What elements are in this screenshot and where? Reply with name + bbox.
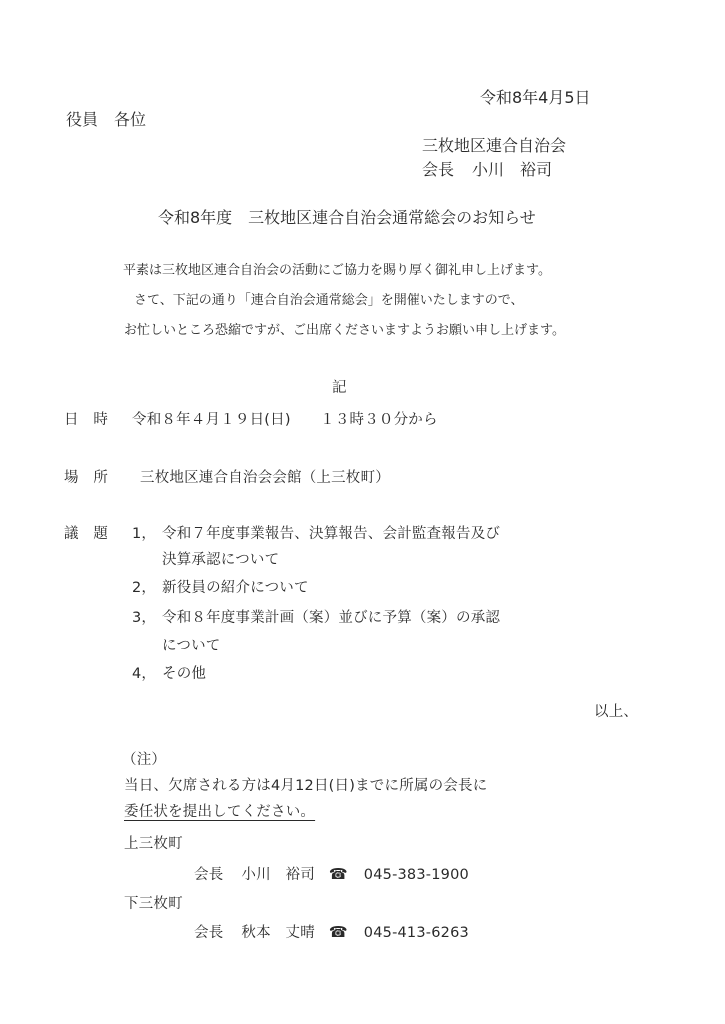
contact-1-area: 上三枚町 [124, 834, 183, 854]
note-line-2-underlined: 委任状を提出してください。 [124, 802, 315, 822]
contact-2-area: 下三枚町 [124, 894, 183, 914]
intro-line-3: お忙しいところ恐縮ですが、ご出席くださいますようお願い申し上げます。 [124, 322, 565, 340]
sender-organization: 三枚地区連合自治会 [422, 136, 566, 156]
contact-2-row: 会長秋本 丈晴☎045-413-6263 [194, 922, 469, 943]
agenda-label: 議 題 [64, 524, 108, 544]
contact-1-phone: 045-383-1900 [364, 867, 469, 883]
contact-2-title: 会長 [194, 925, 223, 941]
contact-1-row: 会長小川 裕司☎045-383-1900 [194, 864, 469, 885]
telephone-icon: ☎ [329, 864, 348, 884]
intro-line-1: 平素は三枚地区連合自治会の活動にご協力を賜り厚く御礼申し上げます。 [123, 262, 551, 280]
datetime-value: 令和８年４月１９日(日) １３時３０分から [132, 410, 438, 430]
contact-1-name: 小川 裕司 [241, 867, 315, 883]
contact-2-phone: 045-413-6263 [364, 925, 469, 941]
agenda-item-2-number: 2， [132, 578, 156, 598]
agenda-item-1-number: 1， [132, 524, 156, 544]
recipient: 役員 各位 [66, 110, 146, 130]
note-label: （注） [122, 750, 166, 770]
place-value: 三枚地区連合自治会会館（上三枚町） [140, 468, 390, 488]
agenda-item-4-line-1: その他 [162, 664, 206, 684]
document-title: 令和8年度 三枚地区連合自治会通常総会のお知らせ [158, 208, 536, 228]
agenda-item-1-line-1: 令和７年度事業報告、決算報告、会計監査報告及び [162, 524, 500, 544]
ki-heading: 記 [332, 378, 347, 398]
place-label: 場 所 [64, 468, 108, 488]
telephone-icon: ☎ [329, 922, 348, 942]
document-date: 令和8年4月5日 [480, 88, 591, 108]
agenda-item-1-line-2: 決算承認について [162, 550, 279, 570]
intro-line-2: さて、下記の通り「連合自治会通常総会」を開催いたしますので、 [134, 292, 523, 310]
contact-2-name: 秋本 丈晴 [241, 925, 315, 941]
contact-1-title: 会長 [194, 867, 223, 883]
sender-title: 会長 [422, 160, 454, 179]
agenda-item-4-number: 4， [132, 664, 156, 684]
agenda-item-3-number: 3， [132, 608, 156, 628]
sender-signature: 会長小川 裕司 [422, 160, 552, 180]
closing-text: 以上、 [594, 702, 638, 722]
datetime-label: 日 時 [64, 410, 108, 430]
agenda-item-3-line-2: について [162, 636, 221, 656]
sender-name: 小川 裕司 [472, 160, 552, 179]
note-line-1: 当日、欠席される方は4月12日(日)までに所属の会長に [124, 776, 487, 796]
agenda-item-2-line-1: 新役員の紹介について [162, 578, 309, 598]
agenda-item-3-line-1: 令和８年度事業計画（案）並びに予算（案）の承認 [162, 608, 500, 628]
